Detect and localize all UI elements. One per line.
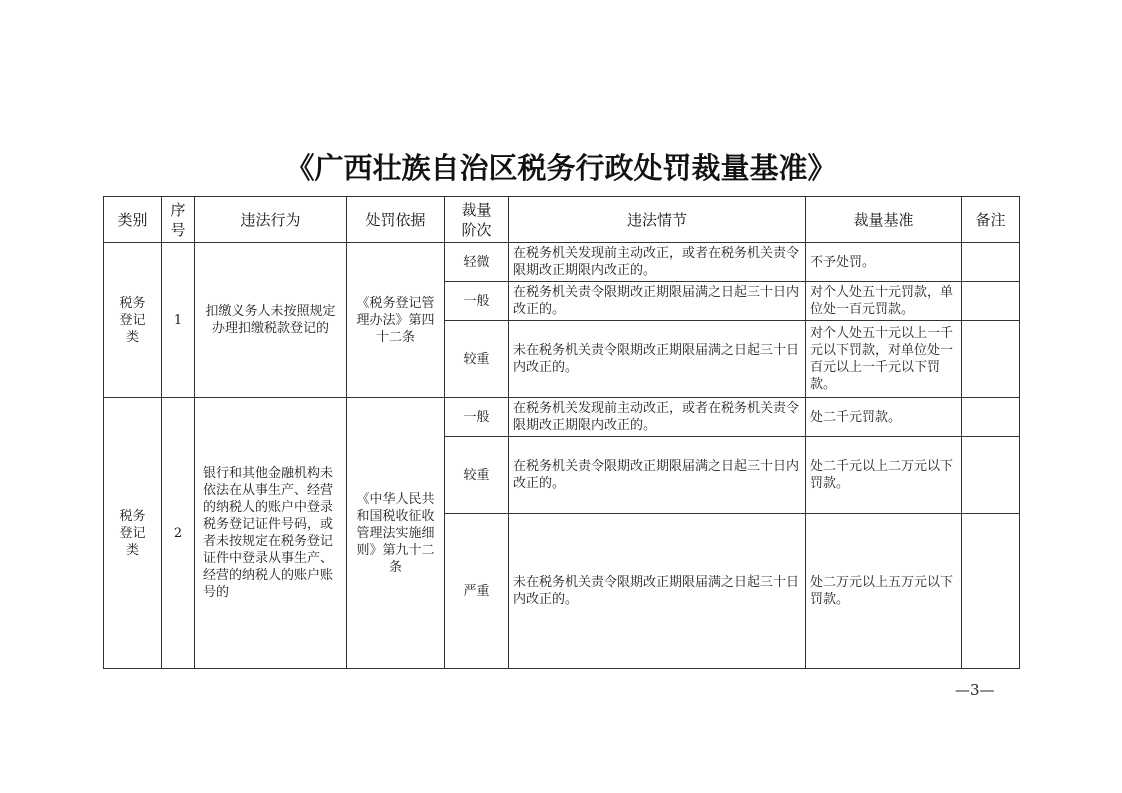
- serial-cell: 1: [162, 243, 195, 398]
- remark-cell: [962, 282, 1020, 321]
- standard-cell: 对个人处五十元罚款，单位处一百元罚款。: [806, 282, 962, 321]
- level-cell: 轻微: [445, 243, 509, 282]
- circumstance-cell: 在税务机关发现前主动改正，或者在税务机关责令限期改正期限内改正的。: [509, 243, 806, 282]
- level-cell: 较重: [445, 321, 509, 398]
- header-row: 类别 序 号 违法行为 处罚依据 裁量 阶次 违法情节 裁量基准 备注: [104, 197, 1020, 243]
- violation-cell: 银行和其他金融机构未依法在从事生产、经营的纳税人的账户中登录税务登记证件号码，或…: [195, 398, 347, 669]
- category-cell: 税务登记类: [104, 243, 162, 398]
- header-serial-line-2: 号: [166, 220, 190, 240]
- level-cell: 严重: [445, 514, 509, 669]
- header-category: 类别: [104, 197, 162, 243]
- remark-cell: [962, 398, 1020, 437]
- page-number: —3—: [955, 681, 995, 699]
- remark-cell: [962, 437, 1020, 514]
- standard-cell: 不予处罚。: [806, 243, 962, 282]
- level-cell: 较重: [445, 437, 509, 514]
- serial-cell: 2: [162, 398, 195, 669]
- circumstance-cell: 在税务机关发现前主动改正，或者在税务机关责令限期改正期限内改正的。: [509, 398, 806, 437]
- level-cell: 一般: [445, 398, 509, 437]
- table-row: 税务登记类 2 银行和其他金融机构未依法在从事生产、经营的纳税人的账户中登录税务…: [104, 398, 1020, 437]
- remark-cell: [962, 514, 1020, 669]
- violation-cell: 扣缴义务人未按照规定办理扣缴税款登记的: [195, 243, 347, 398]
- header-standard: 裁量基准: [806, 197, 962, 243]
- header-level: 裁量 阶次: [445, 197, 509, 243]
- header-serial-line-1: 序: [166, 200, 190, 220]
- header-violation: 违法行为: [195, 197, 347, 243]
- circumstance-cell: 在税务机关责令限期改正期限届满之日起三十日内改正的。: [509, 282, 806, 321]
- category-cell: 税务登记类: [104, 398, 162, 669]
- basis-cell: 《中华人民共和国税收征收管理法实施细则》第九十二条: [347, 398, 445, 669]
- penalty-discretion-table: 类别 序 号 违法行为 处罚依据 裁量 阶次 违法情节 裁量基准 备注 税务登记…: [103, 196, 1020, 669]
- header-basis: 处罚依据: [347, 197, 445, 243]
- level-cell: 一般: [445, 282, 509, 321]
- circumstance-cell: 未在税务机关责令限期改正期限届满之日起三十日内改正的。: [509, 514, 806, 669]
- circumstance-cell: 在税务机关责令限期改正期限届满之日起三十日内改正的。: [509, 437, 806, 514]
- standard-cell: 处二千元以上二万元以下罚款。: [806, 437, 962, 514]
- header-circumstance: 违法情节: [509, 197, 806, 243]
- header-serial: 序 号: [162, 197, 195, 243]
- page-title: 《广西壮族自治区税务行政处罚裁量基准》: [0, 146, 1122, 187]
- standard-cell: 处二万元以上五万元以下罚款。: [806, 514, 962, 669]
- circumstance-cell: 未在税务机关责令限期改正期限届满之日起三十日内改正的。: [509, 321, 806, 398]
- header-remark: 备注: [962, 197, 1020, 243]
- header-level-line-1: 裁量: [449, 200, 504, 220]
- standard-cell: 对个人处五十元以上一千元以下罚款，对单位处一百元以上一千元以下罚款。: [806, 321, 962, 398]
- standard-cell: 处二千元罚款。: [806, 398, 962, 437]
- remark-cell: [962, 243, 1020, 282]
- remark-cell: [962, 321, 1020, 398]
- table-row: 税务登记类 1 扣缴义务人未按照规定办理扣缴税款登记的 《税务登记管理办法》第四…: [104, 243, 1020, 282]
- basis-cell: 《税务登记管理办法》第四十二条: [347, 243, 445, 398]
- header-level-line-2: 阶次: [449, 220, 504, 240]
